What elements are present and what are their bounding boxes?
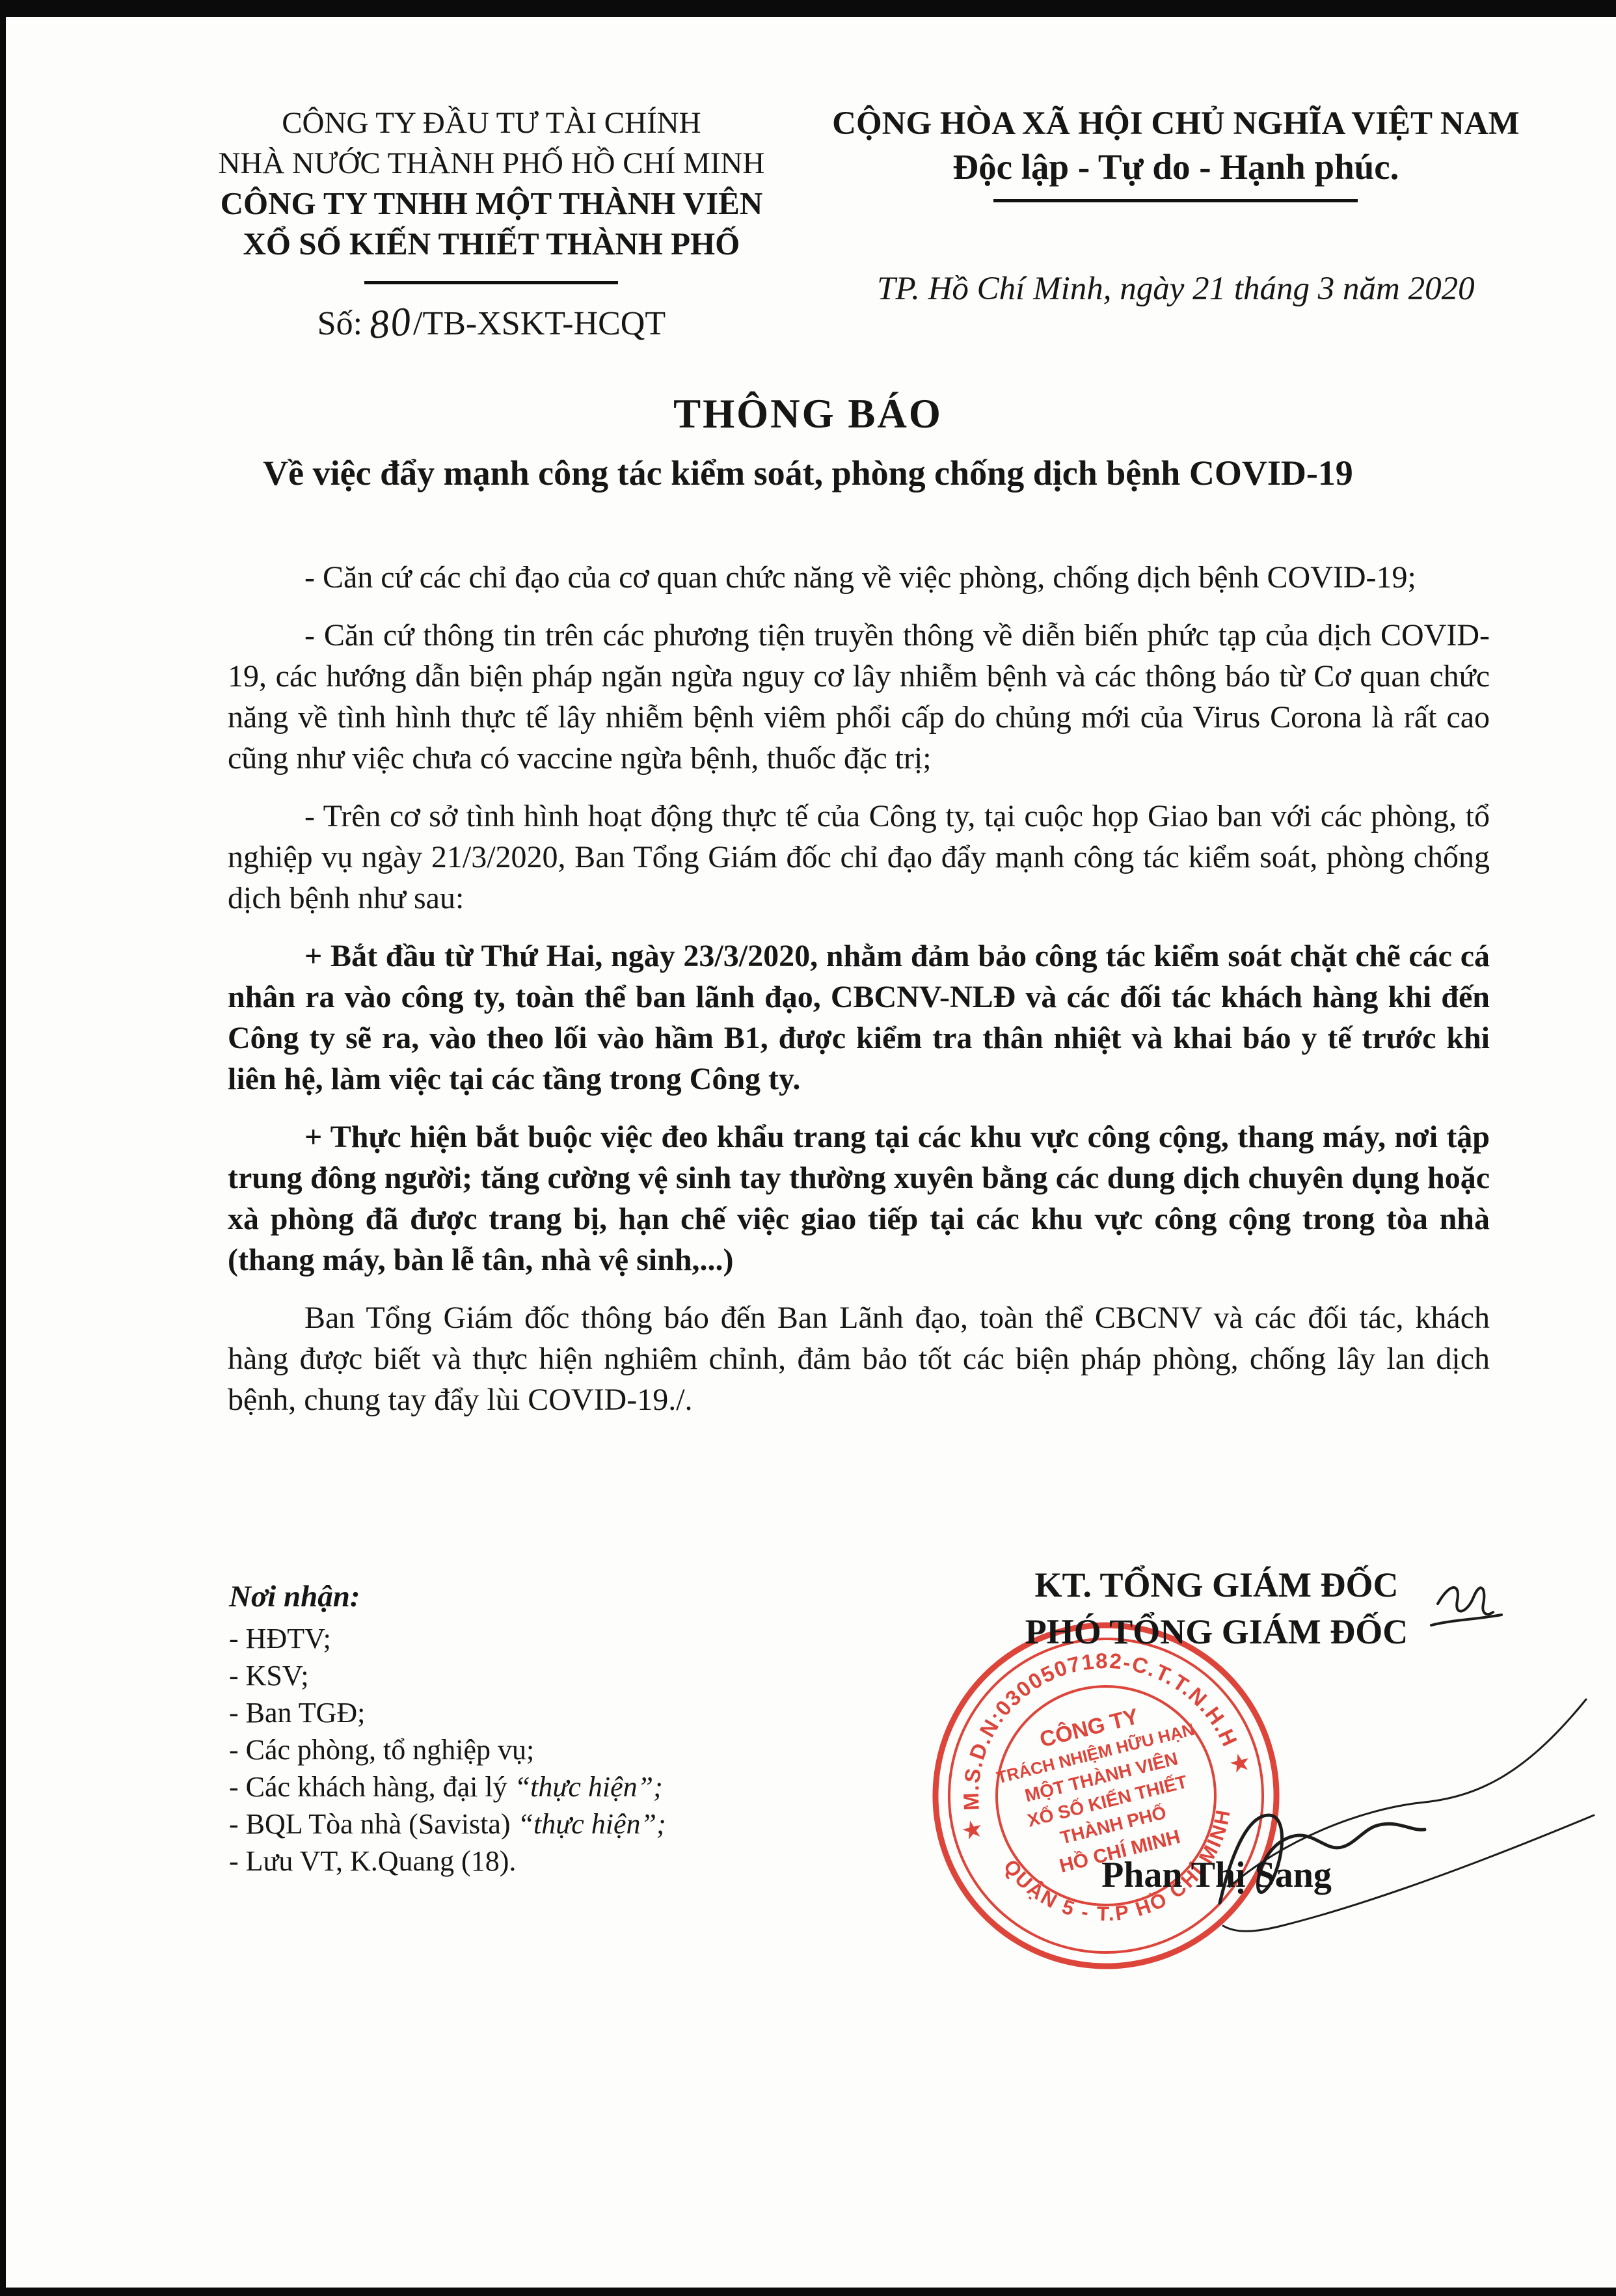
signatory-title-line-1: KT. TỔNG GIÁM ĐỐC [989, 1561, 1444, 1608]
stamp-star-right-icon: ★ [1226, 1748, 1254, 1779]
company-name-line-1: CÔNG TY TNHH MỘT THÀNH VIÊN [195, 183, 788, 224]
parent-org-line-2: NHÀ NƯỚC THÀNH PHỐ HỒ CHÍ MINH [195, 143, 788, 183]
body-paragraph: - Căn cứ các chỉ đạo của cơ quan chức nă… [228, 557, 1490, 598]
stamp-star-left-icon: ★ [958, 1815, 986, 1846]
body-paragraph: - Căn cứ thông tin trên các phương tiện … [228, 615, 1490, 779]
org-underline [364, 281, 618, 284]
document-number-suffix: /TB-XSKT-HCQT [413, 305, 666, 342]
scan-edge-bottom [0, 2288, 1616, 2296]
recipient-item: - Các phòng, tổ nghiệp vụ; [229, 1731, 666, 1768]
document-body: - Căn cứ các chỉ đạo của cơ quan chức nă… [228, 557, 1490, 1420]
recipients-block: Nơi nhận: - HĐTV; - KSV; - Ban TGĐ; - Cá… [229, 1577, 666, 1880]
document-subtitle: Về việc đẩy mạnh công tác kiểm soát, phò… [0, 449, 1616, 497]
recipients-label: Nơi nhận: [229, 1577, 666, 1616]
scan-edge-top [0, 0, 1616, 17]
recipient-text: - Các phòng, tổ nghiệp vụ; [229, 1734, 534, 1766]
issuing-org-block: CÔNG TY ĐẦU TƯ TÀI CHÍNH NHÀ NƯỚC THÀNH … [195, 103, 788, 345]
national-motto-line-2: Độc lập - Tự do - Hạnh phúc. [814, 144, 1538, 190]
body-paragraph: - Trên cơ sở tình hình hoạt động thực tế… [228, 796, 1490, 919]
place-and-date-line: TP. Hồ Chí Minh, ngày 21 tháng 3 năm 202… [814, 270, 1538, 308]
recipient-text-italic: “thực hiện”; [518, 1808, 666, 1840]
recipient-item: - Ban TGĐ; [229, 1694, 666, 1731]
national-motto-line-1: CỘNG HÒA XÃ HỘI CHỦ NGHĨA VIỆT NAM [814, 103, 1538, 144]
motto-underline [993, 199, 1358, 202]
document-header: CÔNG TY ĐẦU TƯ TÀI CHÍNH NHÀ NƯỚC THÀNH … [195, 103, 1538, 345]
recipient-text: - HĐTV; [229, 1623, 331, 1654]
document-content: CÔNG TY ĐẦU TƯ TÀI CHÍNH NHÀ NƯỚC THÀNH … [0, 0, 1616, 1420]
body-paragraph: Ban Tổng Giám đốc thông báo đến Ban Lãnh… [228, 1297, 1490, 1420]
body-paragraph-bold: + Bắt đầu từ Thứ Hai, ngày 23/3/2020, nh… [228, 936, 1490, 1100]
recipient-text: - KSV; [229, 1660, 309, 1692]
signatory-title-block: KT. TỔNG GIÁM ĐỐC PHÓ TỔNG GIÁM ĐỐC [989, 1561, 1444, 1655]
recipient-text-italic: “thực hiện”; [515, 1771, 663, 1803]
document-number-label: Số: [317, 305, 362, 342]
company-name-line-2: XỔ SỐ KIẾN THIẾT THÀNH PHỐ [195, 224, 788, 264]
recipients-list: - HĐTV; - KSV; - Ban TGĐ; - Các phòng, t… [229, 1620, 666, 1880]
body-paragraph-bold: + Thực hiện bắt buộc việc đeo khẩu trang… [228, 1116, 1490, 1280]
recipient-text: - Lưu VT, K.Quang (18). [229, 1845, 516, 1877]
scan-edge-left [0, 0, 6, 2296]
parent-org-line-1: CÔNG TY ĐẦU TƯ TÀI CHÍNH [195, 103, 788, 143]
recipient-text: - Ban TGĐ; [229, 1697, 365, 1729]
recipient-text: - Các khách hàng, đại lý [229, 1771, 515, 1803]
signatory-name: Phan Thị Sang [989, 1854, 1444, 1896]
title-block: THÔNG BÁO Về việc đẩy mạnh công tác kiểm… [0, 388, 1616, 497]
recipient-item: - HĐTV; [229, 1620, 666, 1657]
scanned-document-page: CÔNG TY ĐẦU TƯ TÀI CHÍNH NHÀ NƯỚC THÀNH … [0, 0, 1616, 2296]
document-title: THÔNG BÁO [0, 388, 1616, 440]
recipient-item: - BQL Tòa nhà (Savista) “thực hiện”; [229, 1805, 666, 1843]
recipient-text: - BQL Tòa nhà (Savista) [229, 1808, 518, 1840]
signatory-title-line-2: PHÓ TỔNG GIÁM ĐỐC [989, 1608, 1444, 1655]
initials-mark [1438, 1587, 1493, 1614]
recipient-item: - Lưu VT, K.Quang (18). [229, 1843, 666, 1880]
recipient-item: - Các khách hàng, đại lý “thực hiện”; [229, 1768, 666, 1805]
document-number-line: Số:80/TB-XSKT-HCQT [195, 299, 788, 345]
national-header-block: CỘNG HÒA XÃ HỘI CHỦ NGHĨA VIỆT NAM Độc l… [788, 103, 1538, 345]
document-number-handwritten: 80 [367, 299, 414, 349]
recipient-item: - KSV; [229, 1657, 666, 1694]
